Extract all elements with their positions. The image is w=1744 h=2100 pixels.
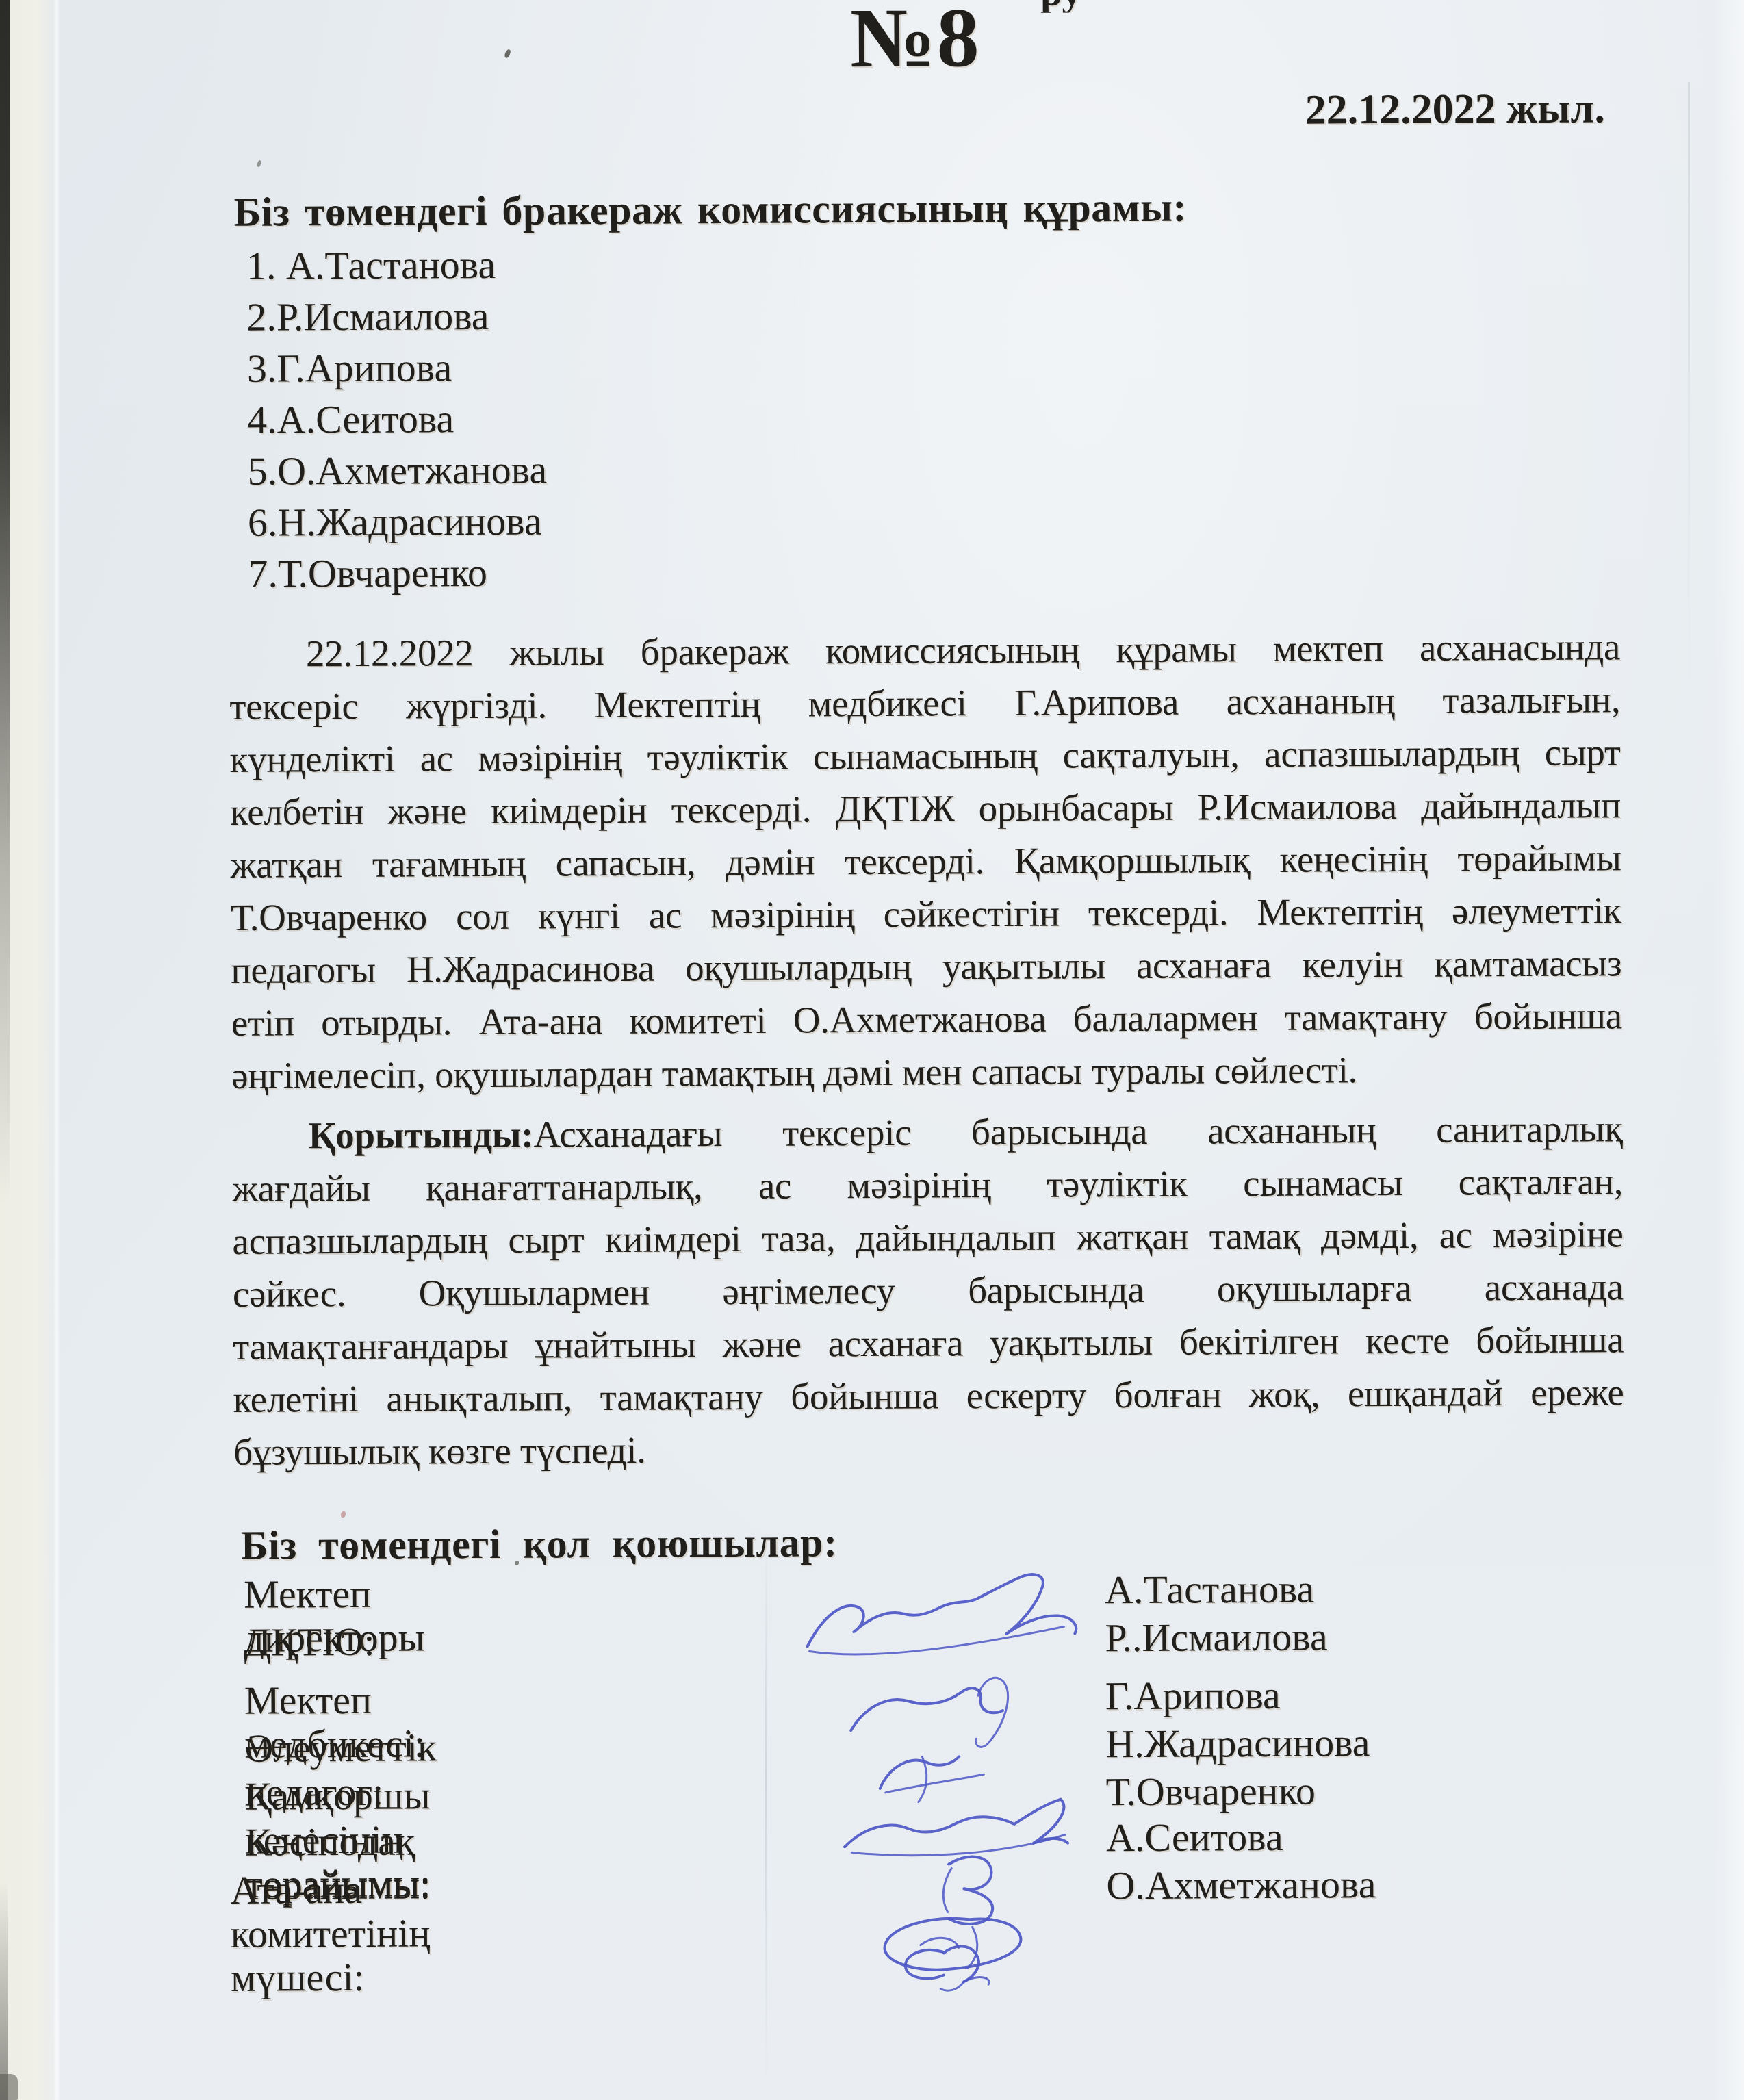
signer-name: Г.Арипова [1105, 1674, 1281, 1718]
list-item: 1. А.Тастанова [246, 238, 546, 291]
paragraph-line: тамақтанғандары ұнайтыны және асханаға у… [233, 1313, 1624, 1373]
list-item: 3.Г.Арипова [247, 341, 547, 394]
signature-ink-ismailova [851, 1678, 1008, 1747]
paragraph-line: әңгімелесіп, оқушылардан тамақтың дәмі м… [231, 1042, 1622, 1102]
paragraph-line: бұзушылық көзге түспеді. [233, 1418, 1624, 1478]
paragraph-line: педагогы Н.Жадрасинова оқушылардың уақыт… [231, 936, 1621, 997]
scanned-document-page: ру №8 22.12.2022 жыл. Біз төмендегі брак… [0, 0, 1744, 2100]
signature-ink-ovcharenko [943, 1857, 992, 1925]
paragraph-line: келетіні анықталып, тамақтану бойынша ес… [233, 1366, 1624, 1426]
commission-members-list: 1. А.Тастанова 2.Р.Исмаилова 3.Г.Арипова… [246, 238, 548, 599]
list-item: 4.А.Сеитова [247, 392, 547, 445]
paragraph-line: сәйкес. Оқушылармен әңгімелесу барысында… [233, 1260, 1624, 1320]
signer-name: А.Сеитова [1106, 1815, 1283, 1860]
paragraph-line: тексеріс жүргізді. Мектептің медбикесі Г… [229, 673, 1620, 733]
document-number: №8 [812, 0, 1018, 81]
list-item: 7.Т.Овчаренко [248, 546, 548, 599]
paragraph-line: Т.Овчаренко сол күнгі ас мәзірінің сәйке… [231, 884, 1621, 944]
commission-heading: Біз төмендегі бракераж комиссиясының құр… [233, 182, 1187, 238]
signer-role: Ата-ана комитетінің мүшесі: [230, 1867, 431, 2000]
signature-ink-director [807, 1574, 1076, 1655]
signer-name: А.Тастанова [1105, 1567, 1314, 1613]
paragraph-line: күнделікті ас мәзірінің тәуліктік сынама… [230, 726, 1621, 786]
list-item: 5.О.Ахметжанова [247, 444, 547, 496]
paragraph-line: Қорытынды:Асханадағы тексеріс барысында … [231, 1102, 1622, 1162]
handwritten-signatures-cluster [742, 1559, 1127, 1999]
signer-name: Р..Исмаилова [1105, 1615, 1327, 1661]
list-item: 6.Н.Жадрасинова [248, 495, 548, 548]
paragraph-line: жағдайы қанағаттанарлық, ас мәзірінің тә… [232, 1155, 1623, 1215]
conclusion-paragraph: Қорытынды:Асханадағы тексеріс барысында … [231, 1102, 1624, 1478]
conclusion-label: Қорытынды: [308, 1114, 533, 1157]
paragraph-line: келбетін және киімдерін тексерді. ДҚТІЖ … [230, 778, 1621, 838]
document-content: ру №8 22.12.2022 жыл. Біз төмендегі брак… [0, 0, 1744, 2100]
signer-role: ДҚТІО: [244, 1620, 374, 1665]
signature-ink-zhadrassinova [845, 1800, 1068, 1856]
signer-name: Т.Овчаренко [1106, 1769, 1316, 1815]
report-paragraph: 22.12.2022 жылы бракераж комиссиясының қ… [229, 620, 1623, 1102]
signer-name: О.Ахметжанова [1106, 1862, 1376, 1908]
paragraph-line: 22.12.2022 жылы бракераж комиссиясының қ… [229, 620, 1620, 680]
list-item: 2.Р.Исмаилова [246, 290, 546, 342]
paragraph-line: етіп отырды. Ата-ана комитеті О.Ахметжан… [231, 989, 1622, 1049]
paragraph-line: аспазшылардың сырт киімдері таза, дайынд… [232, 1207, 1623, 1268]
signature-ink-aripova [880, 1756, 984, 1802]
paragraph-line: жатқан тағамның сапасын, дәмін тексерді.… [230, 831, 1621, 891]
signer-name: Н.Жадрасинова [1105, 1721, 1370, 1766]
cut-off-text-fragment: ру [1040, 0, 1143, 13]
document-date: 22.12.2022 жыл. [1305, 84, 1605, 134]
